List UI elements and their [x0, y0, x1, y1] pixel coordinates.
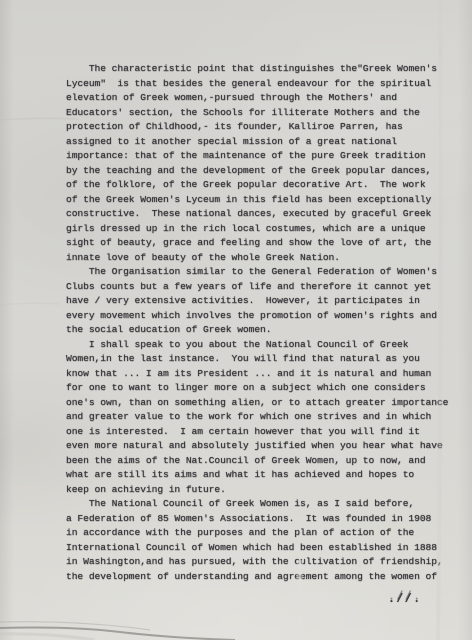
- paragraph-greek-womens-lyceum: The characteristic point that distinguis…: [66, 62, 468, 265]
- paragraph-organisation: The Organisation similar to the General …: [66, 265, 468, 338]
- continuation-mark: .//.: [388, 593, 422, 606]
- paragraph-i-shall-speak: I shall speak to you about the National …: [66, 338, 468, 498]
- scanned-document-page: The characteristic point that distinguis…: [0, 0, 472, 640]
- paragraph-national-council: The National Council of Greek Women is, …: [66, 497, 468, 584]
- typewritten-text-block: The characteristic point that distinguis…: [66, 62, 468, 584]
